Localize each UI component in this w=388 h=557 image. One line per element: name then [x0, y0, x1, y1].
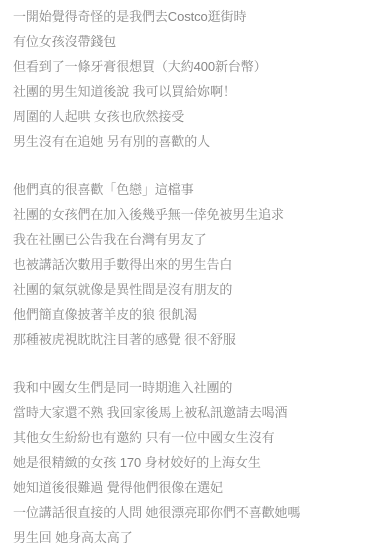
text-line: 他們簡直像披著羊皮的狼 很飢渴: [13, 302, 378, 327]
text-line: 那種被虎視眈眈注目著的感覺 很不舒服: [13, 327, 378, 352]
text-line: 一位講話很直接的人問 她很漂亮耶你們不喜歡她嗎: [13, 500, 378, 525]
text-line: 社團的女孩們在加入後幾乎無一倖免被男生追求: [13, 202, 378, 227]
text-line: 我在社團已公告我在台灣有男友了: [13, 227, 378, 252]
text-line: 社團的男生知道後說 我可以買給妳啊！: [13, 79, 378, 104]
text-line: 當時大家還不熟 我回家後馬上被私訊邀請去喝酒: [13, 400, 378, 425]
text-line: 但看到了一條牙膏很想買（大約400新台幣）: [13, 54, 378, 79]
text-line: 周圍的人起哄 女孩也欣然接受: [13, 104, 378, 129]
text-line: 我和中國女生們是同一時期進入社團的: [13, 375, 378, 400]
paragraph: 我和中國女生們是同一時期進入社團的當時大家還不熟 我回家後馬上被私訊邀請去喝酒其…: [13, 375, 378, 550]
text-line: 他們真的很喜歡「色戀」這檔事: [13, 177, 378, 202]
text-line: 男生回 她身高太高了: [13, 525, 378, 550]
text-line: 她知道後很難過 覺得他們很像在選妃: [13, 475, 378, 500]
post-body: 一開始覺得奇怪的是我們去Costco逛街時有位女孩沒帶錢包但看到了一條牙膏很想買…: [0, 0, 388, 557]
text-line: 社團的氣氛就像是異性間是沒有朋友的: [13, 277, 378, 302]
paragraph: 一開始覺得奇怪的是我們去Costco逛街時有位女孩沒帶錢包但看到了一條牙膏很想買…: [13, 4, 378, 154]
text-line: 男生沒有在追她 另有別的喜歡的人: [13, 129, 378, 154]
text-line: 也被講話次數用手數得出來的男生告白: [13, 252, 378, 277]
text-line: 她是很精緻的女孩 170 身材姣好的上海女生: [13, 450, 378, 475]
text-line: 一開始覺得奇怪的是我們去Costco逛街時: [13, 4, 378, 29]
text-line: 其他女生紛紛也有邀約 只有一位中國女生沒有: [13, 425, 378, 450]
text-line: 有位女孩沒帶錢包: [13, 29, 378, 54]
paragraph: 他們真的很喜歡「色戀」這檔事社團的女孩們在加入後幾乎無一倖免被男生追求我在社團已…: [13, 177, 378, 352]
